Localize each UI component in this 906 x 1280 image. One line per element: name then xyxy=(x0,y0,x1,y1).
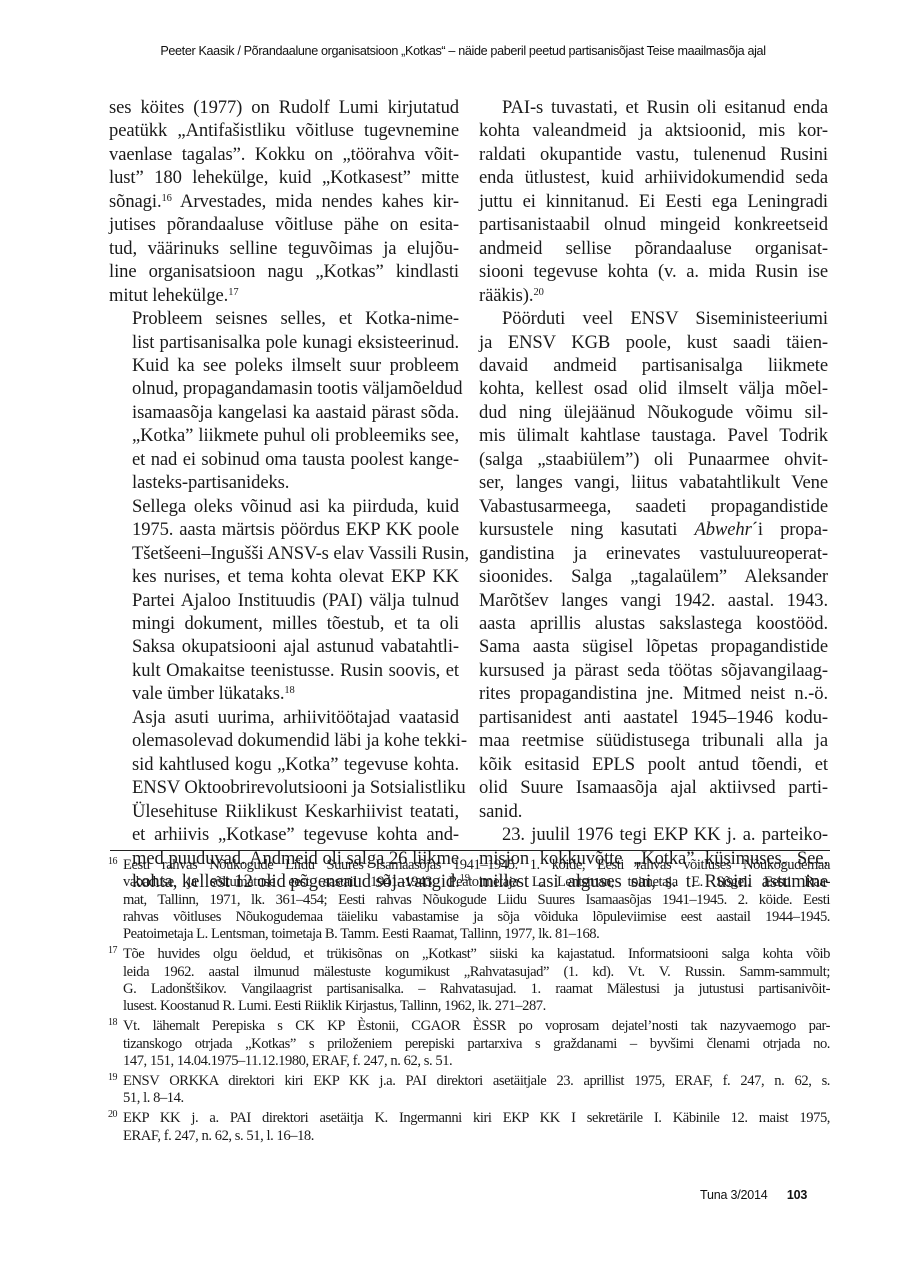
paragraph: Sellega oleks võinud asi ka piirduda, ku… xyxy=(109,495,459,706)
footnote-number: 17 xyxy=(108,942,117,959)
footnote-number: 19 xyxy=(108,1069,117,1086)
text-line: kursustele ning kasutati Abwehr´i propa- xyxy=(479,518,828,541)
footnote-line: 51, l. 8–14. xyxy=(123,1090,830,1107)
text-line: sioonides. Salga „tagalaülem” Aleksander xyxy=(479,565,828,588)
right-column: PAI-s tuvastati, et Rusin oli esitanud e… xyxy=(479,96,828,893)
text-run: sõnagi. xyxy=(109,191,162,212)
footnote-18: 18 Vt. lähemalt Perepiska s CK KP Èstoni… xyxy=(108,1018,830,1070)
text-line: maa reetmise süüdistusega tribunali alla… xyxy=(479,729,828,752)
page-number: 103 xyxy=(787,1188,807,1202)
text-line: sõnagi.16 Arvestades, mida nendes kahes … xyxy=(109,190,459,213)
running-head: Peeter Kaasik / Põrandaalune organisatsi… xyxy=(0,44,906,58)
text-line: olid Suure Isamaasõja ajal aktiivsed par… xyxy=(479,776,828,799)
text-line: partisanidest anti aastatel 1945–1946 ko… xyxy=(479,706,828,729)
text-line: vale ümber lükataks.18 xyxy=(109,682,459,705)
text-line: kes nurises, et tema kohta olevat EKP KK xyxy=(109,565,459,588)
italic-term: Abwehr xyxy=(695,519,752,540)
footnote-ref-17[interactable]: 17 xyxy=(228,287,238,298)
text-line: rääkis).20 xyxy=(479,284,828,307)
footnote-line: EKP KK j. a. PAI direktori asetäitja K. … xyxy=(123,1110,830,1127)
text-line: tud, väärinuks selline teguvõimas ja elu… xyxy=(109,237,459,260)
text-line: vaenlase tagalas”. Kokku on „töörahva võ… xyxy=(109,143,459,166)
footnote-line: Eesti rahvas Nõukogude Liidu Suures Isam… xyxy=(123,857,830,874)
footnote-line: tizanskogo otrjada „Kotkas” s priloženie… xyxy=(123,1036,830,1053)
text-line: Sellega oleks võinud asi ka piirduda, ku… xyxy=(109,495,459,518)
text-line: juttu ei kinnitanud. Ei Eesti ega Lening… xyxy=(479,190,828,213)
text-line: partisanistaabil olnud mingeid konkreets… xyxy=(479,213,828,236)
page-footer: Tuna 3/2014 103 xyxy=(700,1188,807,1202)
text-line: kult Omakaitse teenistusse. Rusin soovis… xyxy=(109,659,459,682)
paragraph: Probleem seisnes selles, et Kotka-nime- … xyxy=(109,307,459,495)
text-line: mis ülimalt kahtlase taustaga. Pavel Tod… xyxy=(479,424,828,447)
footnote-17: 17 Tõe huvides olgu öeldud, et trükisõna… xyxy=(108,946,830,1015)
text-line: kõik esitasid EPLS poolt antud tõendi, e… xyxy=(479,753,828,776)
text-line: ja ENSV KGB poole, kust saadi täien- xyxy=(479,331,828,354)
text-line: Ülesehituse Riiklikust Keskarhiivist tea… xyxy=(109,800,459,823)
footnote-16: 16 Eesti rahvas Nõukogude Liidu Suures I… xyxy=(108,857,830,943)
footnote-line: rahvas võitluses Nõukogudemaa täieliku v… xyxy=(123,909,830,926)
footnote-line: Peatoimetaja L. Lentsman, toimetaja B. T… xyxy=(123,926,830,943)
footnote-ref-16[interactable]: 16 xyxy=(162,193,172,204)
text-line: Partei Ajaloo Instituudis (PAI) välja tu… xyxy=(109,589,459,612)
text-line: (salga „staabiülem”) oli Punaarmee ohvit… xyxy=(479,448,828,471)
footnote-line: ENSV ORKKA direktori kiri EKP KK j.a. PA… xyxy=(123,1073,830,1090)
text-line: peatükk „Antifašistliku võitluse tugevne… xyxy=(109,119,459,142)
text-line: kohta, kellest osad olid ilmselt välja m… xyxy=(479,377,828,400)
text-line: et nad ei sobinud oma tausta poolest kan… xyxy=(109,448,459,471)
text-line: siooni tegevuse kohta (v. a. mida Rusin … xyxy=(479,260,828,283)
footnote-line: Vt. lähemalt Perepiska s CK KP Èstonii, … xyxy=(123,1018,830,1035)
text-line: dud ning ülejäänud Nõukogude võimu sil- xyxy=(479,401,828,424)
text-line: jutises põrandaaluse võitluse pähe on es… xyxy=(109,213,459,236)
text-line: 23. juulil 1976 tegi EKP KK j. a. partei… xyxy=(479,823,828,846)
text-line: lasteks-partisanideks. xyxy=(109,471,459,494)
text-line: rites propagandistina jne. Mitmed neist … xyxy=(479,682,828,705)
journal-issue: Tuna 3/2014 xyxy=(700,1188,768,1202)
text-line: sanid. xyxy=(479,800,828,823)
footnote-ref-20[interactable]: 20 xyxy=(533,287,543,298)
text-line: Probleem seisnes selles, et Kotka-nime- xyxy=(109,307,459,330)
text-line: Pöörduti veel ENSV Siseministeeriumi xyxy=(479,307,828,330)
text-line: 1975. aasta märtsis pöördus EKP KK poole xyxy=(109,518,459,541)
text-line: ses köites (1977) on Rudolf Lumi kirjuta… xyxy=(109,96,459,119)
text-line: andmeid sellise põrandaaluse organisat- xyxy=(479,237,828,260)
text-line: davaid andmeid partisanisalga liikmete xyxy=(479,354,828,377)
text-line: kursused ja pärast seda töötas sõjavangi… xyxy=(479,659,828,682)
text-line: sid kahtlused kogu „Kotka” tegevuse koht… xyxy=(109,753,459,776)
footnote-line: G. Ladonštšikov. Vangilaagrist partisani… xyxy=(123,981,830,998)
text-line: Vabastusarmeega, saadeti propagandistide xyxy=(479,495,828,518)
text-run: kursustele ning kasutati xyxy=(479,519,695,540)
text-line: Saksa okupatsiooni ajal astunud vabataht… xyxy=(109,635,459,658)
footnote-19: 19 ENSV ORKKA direktori kiri EKP KK j.a.… xyxy=(108,1073,830,1108)
footnote-line: mat, Tallinn, 1971, lk. 361–454; Eesti r… xyxy=(123,892,830,909)
text-run: ´i propa- xyxy=(752,519,828,540)
text-line: Tšetšeeni–Ingušši ANSV-s elav Vassili Ru… xyxy=(109,542,459,565)
text-line: list partisanisalka pole kunagi eksistee… xyxy=(109,331,459,354)
text-line: ENSV Oktoobrirevolutsiooni ja Sotsialist… xyxy=(109,776,459,799)
text-run: mitut lehekülge. xyxy=(109,285,228,306)
footnotes: 16 Eesti rahvas Nõukogude Liidu Suures I… xyxy=(108,857,830,1148)
text-line: ser, langes vangi, liitus vabatahtlikult… xyxy=(479,471,828,494)
text-line: aasta aprillis alustas sakslastega koost… xyxy=(479,612,828,635)
footnote-number: 16 xyxy=(108,853,117,870)
footnote-line: 147, 151, 14.04.1975–11.12.1980, ERAF, f… xyxy=(123,1053,830,1070)
text-line: enda ütlustest, kuid arhiividokumendid s… xyxy=(479,166,828,189)
footnote-ref-18[interactable]: 18 xyxy=(284,685,294,696)
text-line: isamaasõja kangelasi ka aastaid pärast s… xyxy=(109,401,459,424)
footnote-line: Tõe huvides olgu öeldud, et trükisõnas o… xyxy=(123,946,830,963)
text-line: „Kotka” liikmete puhul oli probleemiks s… xyxy=(109,424,459,447)
left-column: ses köites (1977) on Rudolf Lumi kirjuta… xyxy=(109,96,459,893)
text-run: rääkis). xyxy=(479,285,533,306)
text-line: gandistina ja erinevates vastuluureopera… xyxy=(479,542,828,565)
text-run: Arvestades, mida nendes kahes kir- xyxy=(172,191,459,212)
text-line: mingi dokument, milles tõestub, et ta ol… xyxy=(109,612,459,635)
text-line: line organisatsioon nagu „Kotkas” kindla… xyxy=(109,260,459,283)
text-line: Marõtšev langes vangi 1942. aastal. 1943… xyxy=(479,589,828,612)
footnote-number: 18 xyxy=(108,1014,117,1031)
text-line: lust” 180 lehekülge, kuid „Kotkasest” mi… xyxy=(109,166,459,189)
text-line: Asja asuti uurima, arhiivitöötajad vaata… xyxy=(109,706,459,729)
text-line: raldati okupantide vastu, tulenenud Rusi… xyxy=(479,143,828,166)
text-line: et arhiivis „Kotkase” tegevuse kohta and… xyxy=(109,823,459,846)
paragraph: ses köites (1977) on Rudolf Lumi kirjuta… xyxy=(109,96,459,307)
footnote-line: vabaduse ja sõltumatuse eest aastail 194… xyxy=(123,874,830,891)
footnote-number: 20 xyxy=(108,1106,117,1123)
paragraph: Pöörduti veel ENSV Siseministeeriumi ja … xyxy=(479,307,828,823)
text-line: kohta valeandmeid ja aktsioonid, mis kor… xyxy=(479,119,828,142)
text-line: Sama aasta sügisel lõpetas propagandisti… xyxy=(479,635,828,658)
text-line: olemasolevad dokumendid läbi ja kohe tek… xyxy=(109,729,459,752)
footnote-line: lusest. Koostanud R. Lumi. Eesti Riiklik… xyxy=(123,998,830,1015)
footnote-line: ERAF, f. 247, n. 62, s. 51, l. 16–18. xyxy=(123,1128,830,1145)
footnote-separator xyxy=(110,850,830,851)
footnote-20: 20 EKP KK j. a. PAI direktori asetäitja … xyxy=(108,1110,830,1145)
footnote-line: leida 1962. aastal ilmunud mälestuste ko… xyxy=(123,964,830,981)
text-line: Kuid ka see poleks ilmselt suur probleem xyxy=(109,354,459,377)
text-run: vale ümber lükataks. xyxy=(132,683,284,704)
text-line: olnud, propagandamasin tootis väljamõeld… xyxy=(109,377,459,400)
text-line: PAI-s tuvastati, et Rusin oli esitanud e… xyxy=(479,96,828,119)
paragraph: PAI-s tuvastati, et Rusin oli esitanud e… xyxy=(479,96,828,307)
text-line: mitut lehekülge.17 xyxy=(109,284,459,307)
